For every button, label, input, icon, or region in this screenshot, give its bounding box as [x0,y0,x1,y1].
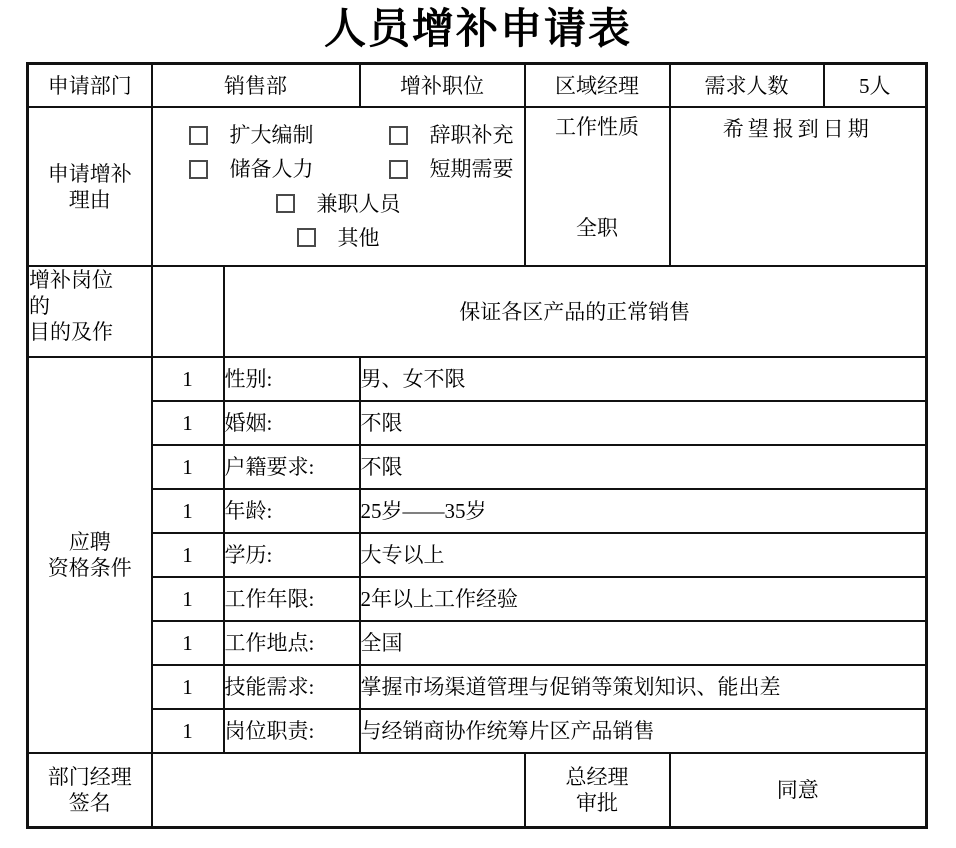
qual-value: 大专以上 [360,533,927,577]
option-label: 兼职人员 [317,191,401,217]
qual-num: 1 [152,577,224,621]
qual-value: 男、女不限 [360,357,927,401]
option-resignation-replacement[interactable]: 辞职补充 [389,122,514,148]
checkbox-group: 扩大编制 辞职补充 储备人力 [153,108,524,265]
option-label: 辞职补充 [430,122,514,148]
qual-num: 1 [152,445,224,489]
qualification-row: 1 技能需求: 掌握市场渠道管理与促销等策划知识、能出差 [28,665,927,709]
purpose-label: 增补岗位 的 目的及作 [28,266,152,357]
position-value: 区域经理 [525,64,670,108]
page: 人员增补申请表 申请部门 销售部 增补职位 区域经理 需求人数 5人 申请增补 … [0,0,956,848]
purpose-row: 增补岗位 的 目的及作 保证各区产品的正常销售 [28,266,927,357]
work-nature-value: 全职 [576,215,618,241]
qual-value: 掌握市场渠道管理与促销等策划知识、能出差 [360,665,927,709]
qual-value: 25岁——35岁 [360,489,927,533]
qual-value: 2年以上工作经验 [360,577,927,621]
qualification-row: 1 工作地点: 全国 [28,621,927,665]
qual-value: 不限 [360,401,927,445]
reason-options-cell: 扩大编制 辞职补充 储备人力 [152,107,525,266]
qualifications-section-label: 应聘 资格条件 [28,357,152,753]
qualification-row: 1 婚姻: 不限 [28,401,927,445]
checkbox-line-4: 其他 [153,225,524,251]
checkbox-icon[interactable] [189,126,208,145]
option-label: 储备人力 [230,156,314,182]
gm-approval-value: 同意 [670,753,927,828]
header-row: 申请部门 销售部 增补职位 区域经理 需求人数 5人 [28,64,927,108]
option-label: 其他 [338,225,380,251]
dept-manager-signature-field[interactable] [152,753,525,828]
report-date-cell: 希望报到日期 [670,107,927,266]
qual-label: 户籍要求: [224,445,360,489]
purpose-value: 保证各区产品的正常销售 [224,266,927,357]
qual-num: 1 [152,709,224,753]
page-title: 人员增补申请表 [0,6,956,54]
qual-label: 婚姻: [224,401,360,445]
application-form-table: 申请部门 销售部 增补职位 区域经理 需求人数 5人 申请增补 理由 扩大编制 [26,62,928,829]
qualification-row: 1 年龄: 25岁——35岁 [28,489,927,533]
option-short-term-need[interactable]: 短期需要 [389,156,514,182]
headcount-value: 5人 [824,64,927,108]
qual-value: 全国 [360,621,927,665]
qualification-row: 1 岗位职责: 与经销商协作统筹片区产品销售 [28,709,927,753]
qual-label: 岗位职责: [224,709,360,753]
option-label: 扩大编制 [230,122,314,148]
qualification-row: 1 工作年限: 2年以上工作经验 [28,577,927,621]
position-label: 增补职位 [360,64,525,108]
qualification-row: 应聘 资格条件 1 性别: 男、女不限 [28,357,927,401]
qual-num: 1 [152,489,224,533]
checkbox-icon[interactable] [189,160,208,179]
work-nature-cell: 工作性质 全职 [525,107,670,266]
dept-label: 申请部门 [28,64,152,108]
option-expand-staffing[interactable]: 扩大编制 [189,122,389,148]
checkbox-icon[interactable] [297,228,316,247]
qual-num: 1 [152,401,224,445]
option-label: 短期需要 [430,156,514,182]
qual-num: 1 [152,357,224,401]
gm-approval-label: 总经理 审批 [525,753,670,828]
purpose-empty-cell [152,266,224,357]
checkbox-line-2: 储备人力 短期需要 [153,156,524,182]
qualification-row: 1 学历: 大专以上 [28,533,927,577]
qual-num: 1 [152,533,224,577]
headcount-label: 需求人数 [670,64,824,108]
checkbox-icon[interactable] [389,160,408,179]
option-other[interactable]: 其他 [297,225,380,251]
qual-label: 工作地点: [224,621,360,665]
qual-label: 性别: [224,357,360,401]
qual-value: 不限 [360,445,927,489]
reason-row: 申请增补 理由 扩大编制 辞职补充 [28,107,927,266]
qualification-row: 1 户籍要求: 不限 [28,445,927,489]
option-part-time[interactable]: 兼职人员 [276,191,401,217]
dept-manager-signature-label: 部门经理 签名 [28,753,152,828]
dept-value: 销售部 [152,64,360,108]
checkbox-line-3: 兼职人员 [153,191,524,217]
option-talent-reserve[interactable]: 储备人力 [189,156,389,182]
qual-value: 与经销商协作统筹片区产品销售 [360,709,927,753]
checkbox-icon[interactable] [389,126,408,145]
checkbox-line-1: 扩大编制 辞职补充 [153,122,524,148]
qual-label: 学历: [224,533,360,577]
qual-num: 1 [152,621,224,665]
report-date-label: 希望报到日期 [671,108,926,142]
work-nature-label: 工作性质 [555,114,639,140]
reason-label: 申请增补 理由 [28,107,152,266]
qual-label: 工作年限: [224,577,360,621]
qual-num: 1 [152,665,224,709]
checkbox-icon[interactable] [276,194,295,213]
qual-label: 年龄: [224,489,360,533]
qual-label: 技能需求: [224,665,360,709]
approval-row: 部门经理 签名 总经理 审批 同意 [28,753,927,828]
